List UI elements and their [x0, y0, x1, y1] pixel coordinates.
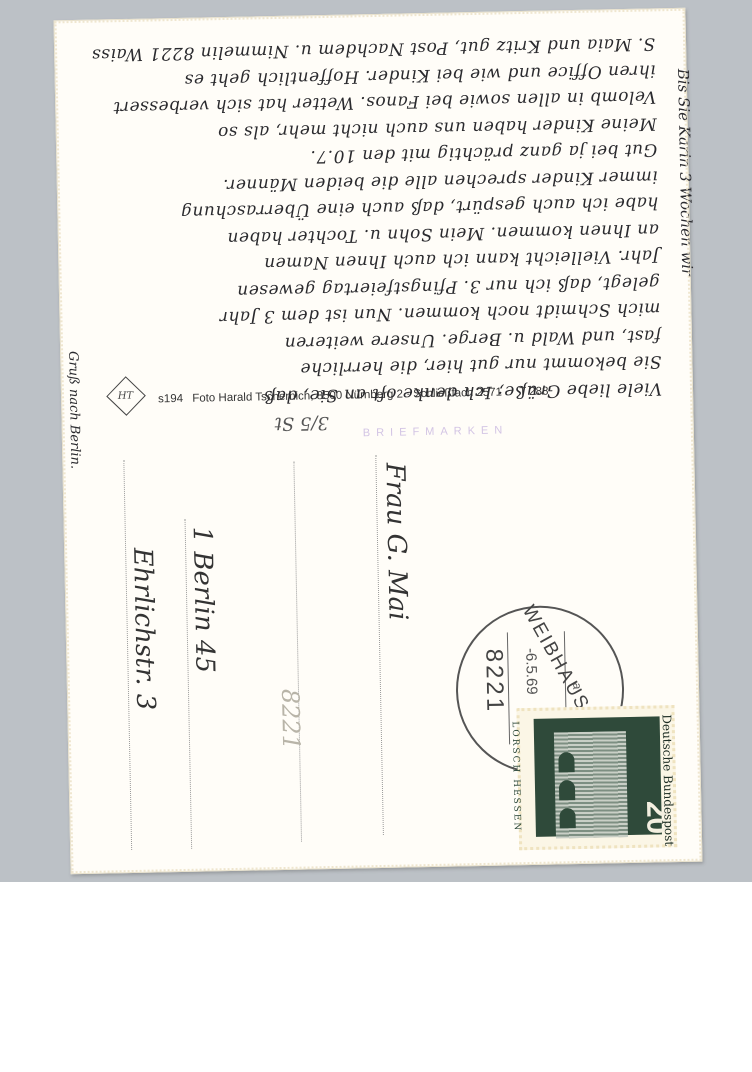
stamp-building-icon — [554, 731, 628, 838]
imprint-code: s194 — [158, 393, 183, 405]
postage-stamp: 20 LORSCH HESSEN Deutsche Bundespost — [516, 705, 677, 850]
margin-note-left: Gruß nach Berlin. — [65, 351, 82, 469]
address-city: 1 Berlin 45 — [187, 526, 220, 673]
postmark-postal-code: 8221 — [479, 648, 508, 714]
postmark-letter: a — [570, 683, 584, 690]
margin-note-right: Bis Sie Karin 3 Wochen wir — [674, 69, 696, 277]
faded-purple-stamp: BRIEFMARKEN — [363, 424, 509, 439]
address-recipient: Frau G. Mai — [379, 462, 412, 620]
postmark-date: -6.5.69 — [522, 648, 540, 695]
address-street: Ehrlichstr. 3 — [127, 547, 160, 710]
imprint-series: T 288 — [519, 386, 548, 399]
arch-icon — [558, 752, 574, 772]
postcard-back: Viele liebe Grüße; Ich denke oft an Sie,… — [53, 8, 702, 875]
handwritten-message: Viele liebe Grüße; Ich denke oft an Sie,… — [61, 11, 667, 413]
publisher-logo-glyph: HT — [118, 390, 134, 401]
stamp-arches — [554, 731, 626, 732]
arch-icon — [559, 780, 575, 800]
faint-pencil-mark: 8221 — [276, 689, 305, 751]
arch-icon — [559, 808, 575, 828]
stamp-issuer: Deutsche Bundespost — [660, 714, 677, 846]
pencil-price-note: 3/5 St — [274, 412, 329, 434]
stamp-frame: 20 — [534, 716, 662, 837]
stamp-caption: LORSCH HESSEN — [510, 721, 522, 832]
address-dotted-line — [293, 462, 302, 842]
